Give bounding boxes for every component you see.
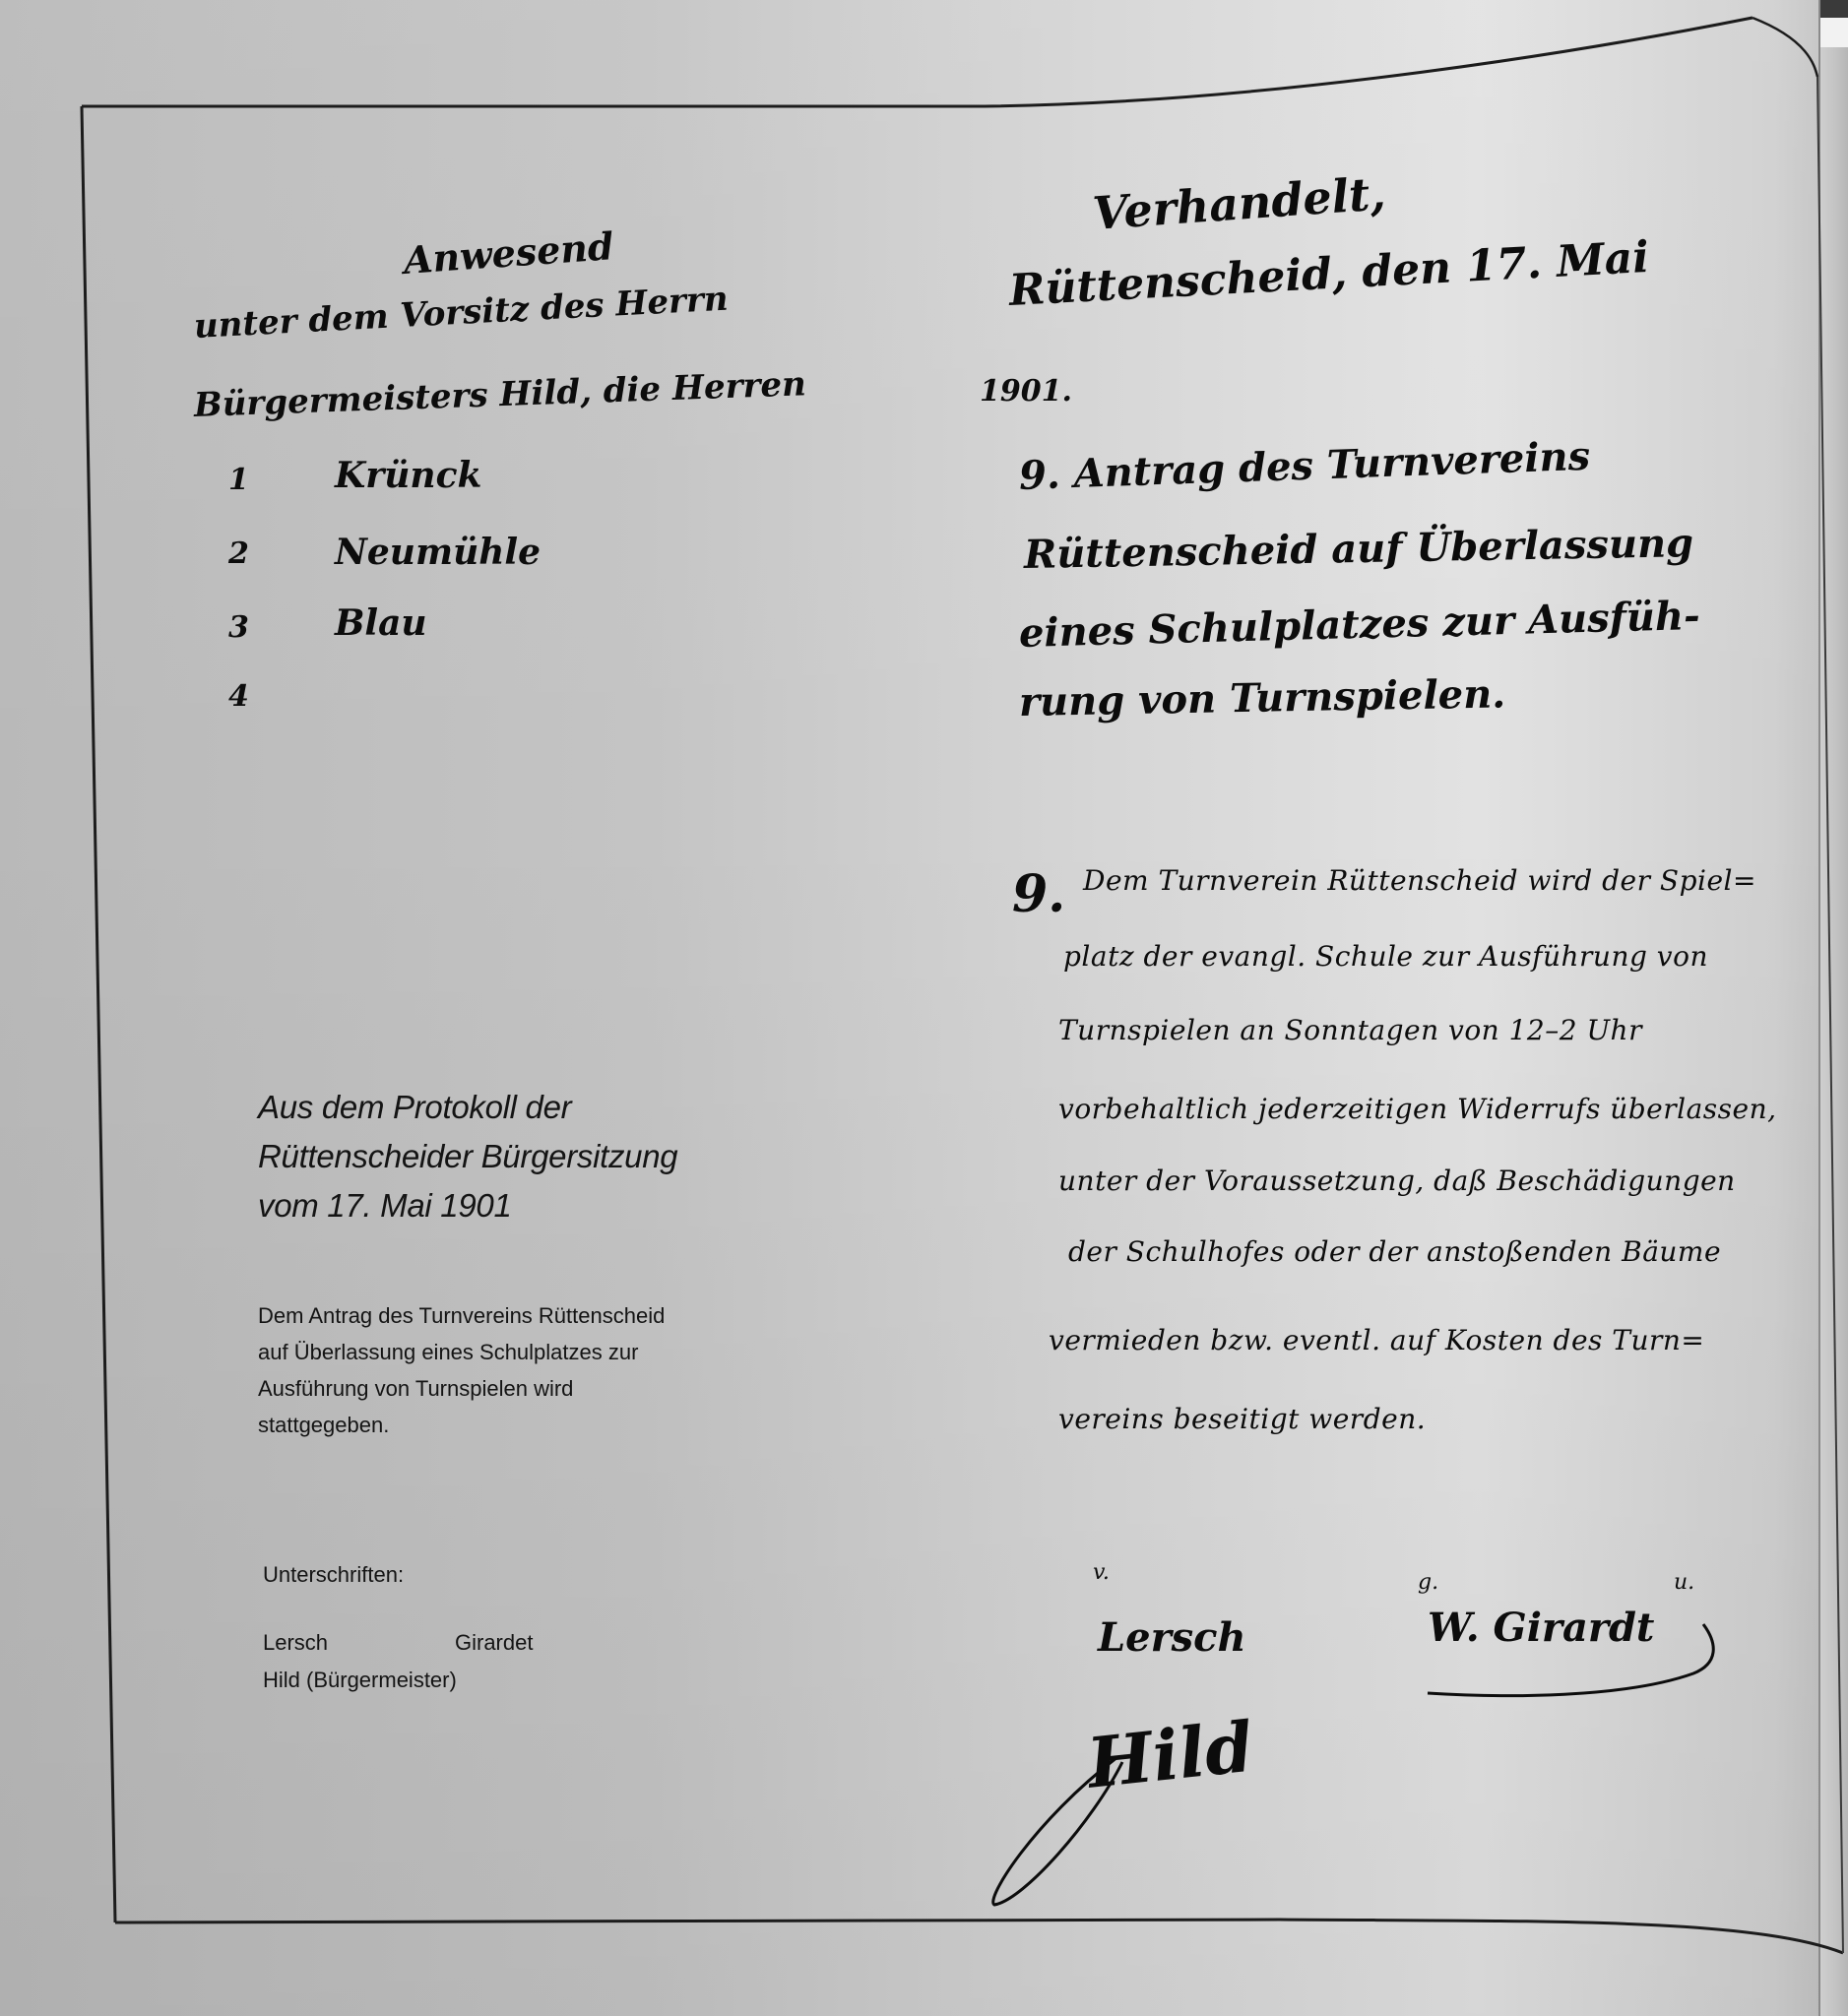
caption-body-line: auf Überlassung eines Schulplatzes zur: [258, 1334, 665, 1370]
handwritten-resolution-line: platz der evangl. Schule zur Ausführung …: [1063, 940, 1708, 973]
handwritten-resolution-number: 9.: [1012, 864, 1065, 924]
caption-body-line: stattgegeben.: [258, 1407, 665, 1443]
handwritten-resolution-line: unter der Voraussetzung, daß Beschädigun…: [1058, 1165, 1736, 1197]
attendee-number: 4: [228, 679, 249, 714]
caption-body-line: Dem Antrag des Turnvereins Rüttenscheid: [258, 1297, 665, 1334]
caption-title: Aus dem Protokoll der Rüttenscheider Bür…: [258, 1083, 677, 1230]
signature-lersch: Lersch: [1098, 1614, 1246, 1661]
caption-title-line: Aus dem Protokoll der: [258, 1083, 677, 1132]
signature-prefix: v.: [1093, 1560, 1110, 1585]
handwritten-resolution-line: vereins beseitigt werden.: [1058, 1403, 1426, 1435]
signatories-list: Lersch Girardet Hild (Bürgermeister): [263, 1624, 533, 1699]
caption-body-line: Ausführung von Turnspielen wird: [258, 1370, 665, 1407]
caption-body: Dem Antrag des Turnvereins Rüttenscheid …: [258, 1297, 665, 1443]
caption-title-line: Rüttenscheider Bürgersitzung: [258, 1132, 677, 1181]
handwritten-resolution-line: Dem Turnverein Rüttenscheid wird der Spi…: [1083, 864, 1756, 897]
signatory-lersch: Lersch: [263, 1624, 455, 1662]
signatory-girardet: Girardet: [455, 1624, 533, 1662]
signatory-hild: Hild (Bürgermeister): [263, 1662, 457, 1699]
signature-girardet: W. Girardt: [1428, 1605, 1654, 1651]
handwritten-resolution-line: Turnspielen an Sonntagen von 12–2 Uhr: [1058, 1014, 1642, 1046]
signature-suffix: u.: [1674, 1570, 1694, 1595]
handwritten-year: 1901.: [980, 374, 1072, 409]
handwritten-resolution-line: vorbehaltlich jederzeitigen Widerrufs üb…: [1058, 1093, 1777, 1125]
attendee-number: 3: [228, 610, 249, 645]
attendee-name: Blau: [335, 602, 427, 644]
handwritten-resolution-line: vermieden bzw. eventl. auf Kosten des Tu…: [1049, 1324, 1704, 1356]
signature-prefix: g.: [1418, 1570, 1438, 1595]
caption-title-line: vom 17. Mai 1901: [258, 1181, 677, 1230]
handwritten-resolution-line: der Schulhofes oder der anstoßenden Bäum…: [1068, 1235, 1721, 1268]
signature-hild: Hild: [1084, 1706, 1257, 1804]
attendee-name: Neumühle: [335, 532, 541, 573]
signatures-label: Unterschriften:: [263, 1562, 404, 1588]
attendee-number: 2: [228, 536, 249, 571]
attendee-number: 1: [228, 463, 249, 497]
attendee-name: Krünck: [335, 455, 481, 496]
handwritten-agenda-line: rung von Turnspielen.: [1019, 670, 1506, 725]
